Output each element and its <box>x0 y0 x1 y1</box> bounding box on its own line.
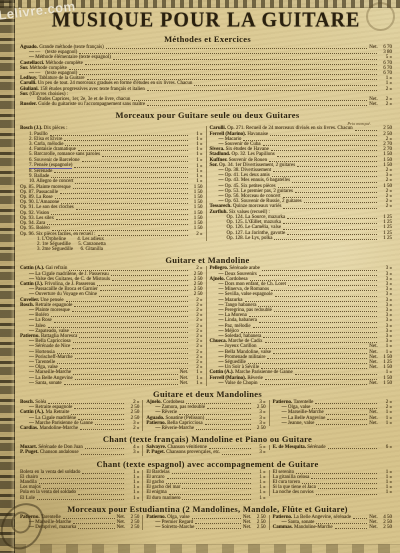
bottom-border-ornament <box>14 544 400 553</box>
section-columns: Patierno. TarentelleNet. 2 50— Marseille… <box>20 515 395 531</box>
catalog-column: Patierno. Tarentelle2 »— Olga, valse2 »—… <box>269 400 395 426</box>
dot-leader <box>263 337 377 338</box>
dot-leader <box>259 322 377 323</box>
dot-leader <box>283 223 377 224</box>
section-heading-guitare-et-mandoline: Guitare et Mandoline <box>20 255 395 265</box>
dot-leader <box>95 424 124 425</box>
dot-leader <box>263 145 377 146</box>
dot-leader <box>51 316 188 317</box>
catalog-entry: — Demprivel, mazurkaNet. 2 50 <box>20 525 139 530</box>
catalog-column: Salvayre. Chanson vénitienne5 »P. Puget.… <box>142 445 268 455</box>
dot-leader <box>355 130 377 131</box>
catalog-column: Ajnelo. Cordobesa3 »— Zamora, pas redoub… <box>142 400 268 431</box>
dot-leader <box>40 478 124 479</box>
entry-price: 1 » <box>190 158 203 163</box>
dot-leader <box>72 348 187 349</box>
dot-leader <box>316 494 377 495</box>
dot-leader <box>205 424 251 425</box>
dot-leader <box>259 275 377 276</box>
dot-leader <box>74 408 124 409</box>
dot-leader <box>353 518 367 519</box>
dot-leader <box>241 332 377 333</box>
dot-leader <box>71 332 188 333</box>
dot-leader <box>63 518 115 519</box>
entry-author: P. Puget. <box>20 450 40 455</box>
dot-leader <box>60 368 188 369</box>
dot-leader <box>98 235 188 236</box>
dot-leader <box>111 275 188 276</box>
section-guitare-deux-mandolines: Guitare et deux MandolinesBosch. Soléa2 … <box>20 389 395 431</box>
dot-leader <box>65 145 187 146</box>
dot-leader <box>259 348 368 349</box>
dot-leader <box>262 270 377 271</box>
dot-leader <box>253 327 377 328</box>
entry-price: 1 » <box>379 490 392 495</box>
entry-price: 2 50 <box>253 426 266 431</box>
catalog-entry: Cardias. Mandoline-Marche2 » <box>20 426 139 431</box>
dot-leader <box>311 478 377 479</box>
entry-title: Jeanne, valse <box>288 421 314 426</box>
entry-title: Op. 128. Le Lys, polka <box>227 236 273 241</box>
net-label: Net. <box>369 45 379 50</box>
dot-leader <box>100 290 188 291</box>
catalog-column: Bosch (J.). Dix pièces :1. Pasillo1 »2. … <box>20 126 206 252</box>
entry-price: 6 » <box>379 445 392 450</box>
dot-leader <box>72 311 188 312</box>
dot-leader <box>57 353 188 354</box>
dot-leader <box>274 311 377 312</box>
catalog-entry: — Rêverie-Marche2 50 <box>146 426 265 431</box>
entry-price: 2 50 <box>253 525 266 530</box>
entry-price: 1 25 <box>379 236 392 241</box>
entry-title: Chanson andalouse <box>40 450 79 455</box>
dot-leader <box>207 408 251 409</box>
dot-leader <box>56 219 187 220</box>
catalog-column: E. de Mesquita. Sérénade6 » <box>269 445 395 450</box>
left-border-ornament <box>0 0 15 553</box>
dot-leader <box>74 306 187 307</box>
catalog-entry: E. de Mesquita. Sérénade6 » <box>273 445 392 450</box>
entry-title: El duro marinero <box>146 496 180 501</box>
dot-leader <box>271 150 377 151</box>
dot-leader <box>69 69 377 70</box>
dot-leader <box>37 499 124 500</box>
dot-leader <box>283 229 377 230</box>
dot-leader <box>76 209 188 210</box>
entry-price: 2 » <box>379 204 392 209</box>
dot-leader <box>265 342 377 343</box>
catalog-column: Carulli. Op. 271. Recueil de 24 morceaux… <box>206 126 396 240</box>
catalog-column: El Bardelas1 »El arcaro1 »El gacho1 »El … <box>142 470 268 501</box>
dot-leader <box>182 499 250 500</box>
dot-leader <box>267 358 367 359</box>
dot-leader <box>85 448 124 449</box>
dot-leader <box>248 363 367 364</box>
dot-leader <box>99 296 188 297</box>
catalog-column: Patierno. La Belle Angevine, sérénadeNet… <box>269 515 395 531</box>
dot-leader <box>278 187 377 188</box>
dot-leader <box>47 224 187 225</box>
catalog-entry: Russler. Guide du guitariste ou l'accomp… <box>20 102 392 107</box>
net-label: Net. <box>243 525 253 530</box>
dot-leader <box>81 454 125 455</box>
dot-leader <box>295 374 377 375</box>
entry-price: 1 » <box>379 421 392 426</box>
section-heading-guitare-deux-mandolines: Guitare et deux Mandolines <box>20 389 395 399</box>
section-columns: Aguado. Grande méthode (texte français)N… <box>20 45 395 107</box>
dot-leader <box>315 403 377 404</box>
entry-author: E. de Mesquita. <box>273 445 308 450</box>
net-label: Net. <box>369 421 379 426</box>
dot-leader <box>249 316 377 317</box>
entry-price: 1 » <box>190 381 203 386</box>
dot-leader <box>73 342 188 343</box>
dot-leader <box>196 429 251 430</box>
dot-leader <box>64 140 187 141</box>
section-guitare-et-mandoline: Guitare et MandolineCottin (A.). Gai ref… <box>20 255 395 386</box>
dot-leader <box>102 156 187 157</box>
dot-leader <box>75 358 188 359</box>
dot-leader <box>132 100 367 101</box>
section-columns: Bolera en la venta del soldado1 »El chai… <box>20 470 395 501</box>
net-label: Net. <box>117 525 127 530</box>
dot-leader <box>243 140 377 141</box>
dot-leader <box>82 473 124 474</box>
dot-leader <box>52 230 188 231</box>
dot-leader <box>106 48 368 49</box>
dot-leader <box>112 280 188 281</box>
entry-price: 1 » <box>253 496 266 501</box>
entry-author: Cardias. <box>20 426 39 431</box>
dot-leader <box>97 285 187 286</box>
dot-leader <box>85 64 377 65</box>
catalog-entry: Op. 128. Le Lys, polka1 25 <box>210 236 393 241</box>
dot-leader <box>78 494 124 495</box>
entry-title: Sérénade <box>307 445 325 450</box>
dot-leader <box>206 419 250 420</box>
dot-leader <box>195 523 241 524</box>
entry-price: 2 » <box>379 87 392 92</box>
dot-leader <box>73 523 115 524</box>
dot-leader <box>66 301 188 302</box>
catalog-entry: — Soiretto-MarcheNet. 2 50 <box>146 525 265 530</box>
dot-leader <box>179 414 251 415</box>
dot-leader <box>48 327 188 328</box>
dot-leader <box>327 419 367 420</box>
entry-title: Havanaise <box>247 132 268 137</box>
dot-leader <box>269 161 377 162</box>
dot-leader <box>73 374 178 375</box>
dot-leader <box>73 188 188 189</box>
entry-price: 1 » <box>126 496 139 501</box>
entry-price: 2 » <box>379 102 392 107</box>
entry-price: 3 » <box>253 450 266 455</box>
dot-leader <box>79 337 187 338</box>
dot-leader <box>283 208 377 209</box>
section-morceaux-guitare: Morceaux pour Guitare seule ou deux Guit… <box>20 110 395 252</box>
dot-leader <box>60 193 187 194</box>
section-methodes: Méthodes et ExercicesAguado. Grande méth… <box>20 34 395 107</box>
entry-author: Cammas. <box>273 525 294 530</box>
section-heading-morceaux-guitare: Morceaux pour Guitare seule ou deux Guit… <box>20 110 395 120</box>
entry-title: 3. 2me Séguedille 6. Gitanilla <box>37 247 103 252</box>
dot-leader <box>274 239 377 240</box>
dot-leader <box>182 488 250 489</box>
dot-leader <box>64 384 178 385</box>
dot-leader <box>194 85 377 86</box>
catalog-page: Lelivre.com MUSIQUE POUR LA GUITARE Méth… <box>0 0 400 553</box>
section-columns: Bosch (J.). Dix pièces :1. Pasillo1 »2. … <box>20 126 395 252</box>
dot-leader <box>196 528 241 529</box>
catalog-entry: P. Puget. Chansons provençales, etc.3 » <box>146 450 265 455</box>
catalog-column: Pellegro. Sérénade arabe3 »— Deux Souven… <box>206 266 396 386</box>
dot-leader <box>78 419 124 420</box>
dot-leader <box>270 135 377 136</box>
dot-leader <box>82 161 188 162</box>
section-columns: Cottin (A.). Gai refrain2 »— La Cigale m… <box>20 266 395 386</box>
dot-leader <box>292 182 377 183</box>
entry-title: Soiretto-Marche <box>162 525 195 530</box>
dot-leader <box>147 105 367 106</box>
catalog-entry: — Valse de ChopinNet. 1 50 <box>210 381 393 386</box>
dot-leader <box>169 494 251 495</box>
dot-leader <box>61 203 187 204</box>
catalog-column: Bosch. Soléa2 »— Retraite espagnole2 50C… <box>20 400 142 431</box>
catalog-column: Aguado. Grande méthode (texte français)N… <box>20 45 395 107</box>
dot-leader <box>287 234 377 235</box>
catalog-body: Méthodes et ExercicesAguado. Grande méth… <box>20 34 395 530</box>
dot-leader <box>287 218 377 219</box>
catalog-column: El serenito1 »La gitanilla celosa1 »El c… <box>269 470 395 496</box>
dot-leader <box>69 270 187 271</box>
entry-title: Chansons provençales, etc. <box>166 450 220 455</box>
dot-leader <box>55 198 188 199</box>
entry-author: P. Puget. <box>146 450 166 455</box>
entry-title: Valse de Chopin <box>225 381 258 386</box>
catalog-entry: — Santa, sonateNet. 1 » <box>20 381 203 386</box>
dot-leader <box>54 322 188 323</box>
section-chant-francais: Chant (texte français) Mandoline et Pian… <box>20 434 395 455</box>
dot-leader <box>288 285 377 286</box>
entry-price: 2 » <box>190 232 203 237</box>
dot-leader <box>328 448 377 449</box>
net-label: Net. <box>369 102 379 107</box>
entry-author: Sor. <box>20 92 30 97</box>
catalog-entry: El Lole1 » <box>20 496 139 501</box>
dot-leader <box>326 414 368 415</box>
dot-leader <box>80 429 124 430</box>
dot-leader <box>245 301 377 302</box>
dot-leader <box>147 90 377 91</box>
dot-leader <box>79 53 377 54</box>
entry-price: 2 50 <box>379 525 392 530</box>
catalog-entry: 3. 2me Séguedille 6. Gitanilla <box>20 247 203 252</box>
entry-title: Rêverie-Marche <box>162 426 194 431</box>
dot-leader <box>172 473 251 474</box>
dot-leader <box>192 518 241 519</box>
dot-leader <box>79 74 377 75</box>
dot-leader <box>297 166 377 167</box>
entry-price: 2 » <box>126 426 139 431</box>
net-label: Net. <box>369 365 379 370</box>
dot-leader <box>39 483 125 484</box>
entry-price: 3 » <box>126 450 139 455</box>
entry-title: Mandoline-Marche <box>294 525 333 530</box>
entry-title: Guide du guitariste ou l'accompagnement … <box>38 102 145 107</box>
entry-title: El Lole <box>20 496 35 501</box>
dot-leader <box>113 59 377 60</box>
catalog-entry: — Jeanne, valseNet. 1 » <box>273 421 392 426</box>
dot-leader <box>54 172 187 173</box>
dot-leader <box>335 528 368 529</box>
dot-leader <box>167 478 251 479</box>
entry-author: Russler. <box>20 102 38 107</box>
entry-title: Demprivel, mazurka <box>35 525 76 530</box>
section-heading-estudiantina: Morceaux pour Estudiantina (2 Mandolines… <box>20 504 395 514</box>
dot-leader <box>273 171 377 172</box>
dot-leader <box>258 306 377 307</box>
dot-leader <box>78 528 114 529</box>
section-estudiantina: Morceaux pour Estudiantina (2 Mandolines… <box>20 504 395 531</box>
entry-price: 1 50 <box>379 381 392 386</box>
catalog-entry: El duro marinero1 » <box>146 496 265 501</box>
catalog-column: Mozart. Sérénade de Don Juan4 »P. Puget.… <box>20 445 142 455</box>
dot-leader <box>316 424 367 425</box>
entry-price: 2 50 <box>126 525 139 530</box>
catalog-entry: Cammas. Mandoline-MarcheNet. 2 50 <box>273 525 392 530</box>
net-label: Net. <box>369 525 379 530</box>
net-label: Net. <box>180 381 190 386</box>
dot-leader <box>250 280 377 281</box>
net-label: Net. <box>369 381 379 386</box>
dot-leader <box>296 473 377 474</box>
section-chant-espagnol: Chant (texte espagnol) avec accompagneme… <box>20 459 395 501</box>
dot-leader <box>271 290 377 291</box>
entry-title: La noche des novios <box>273 490 314 495</box>
entry-title: Mandoline-Marche <box>39 426 78 431</box>
section-columns: Bosch. Soléa2 »— Retraite espagnole2 50C… <box>20 400 395 431</box>
section-columns: Mozart. Sérénade de Don Juan4 »P. Puget.… <box>20 445 395 455</box>
entry-title: Santa, sonate <box>35 381 61 386</box>
dot-leader <box>295 192 377 193</box>
catalog-entry: P. Puget. Chanson andalouse3 » <box>20 450 139 455</box>
dot-leader <box>277 156 377 157</box>
catalog-column: Cottin (A.). Gai refrain2 »— La Cigale m… <box>20 266 206 386</box>
dot-leader <box>50 135 188 136</box>
dot-leader <box>265 379 377 380</box>
dot-leader <box>74 167 187 168</box>
catalog-entry: La noche des novios1 » <box>273 490 392 495</box>
dot-leader <box>273 353 367 354</box>
catalog-column: Bolera en la venta del soldado1 »El chai… <box>20 470 142 501</box>
section-heading-chant-francais: Chant (texte français) Mandoline et Pian… <box>20 434 395 444</box>
section-heading-methodes: Méthodes et Exercices <box>20 34 395 44</box>
dot-leader <box>75 379 178 380</box>
dot-leader <box>318 488 377 489</box>
dot-leader <box>51 214 187 215</box>
dot-leader <box>75 183 187 184</box>
dot-leader <box>71 414 124 415</box>
dot-leader <box>222 454 250 455</box>
section-heading-chant-espagnol: Chant (texte espagnol) avec accompagneme… <box>20 459 395 469</box>
dot-leader <box>275 296 377 297</box>
catalog-column: Patierno. Olga, valseNet. 2 50— Premier … <box>142 515 268 531</box>
dot-leader <box>304 202 377 203</box>
catalog-column: Patierno. TarentelleNet. 2 50— Marseille… <box>20 515 142 531</box>
dot-leader <box>260 384 368 385</box>
dot-leader <box>57 363 187 364</box>
